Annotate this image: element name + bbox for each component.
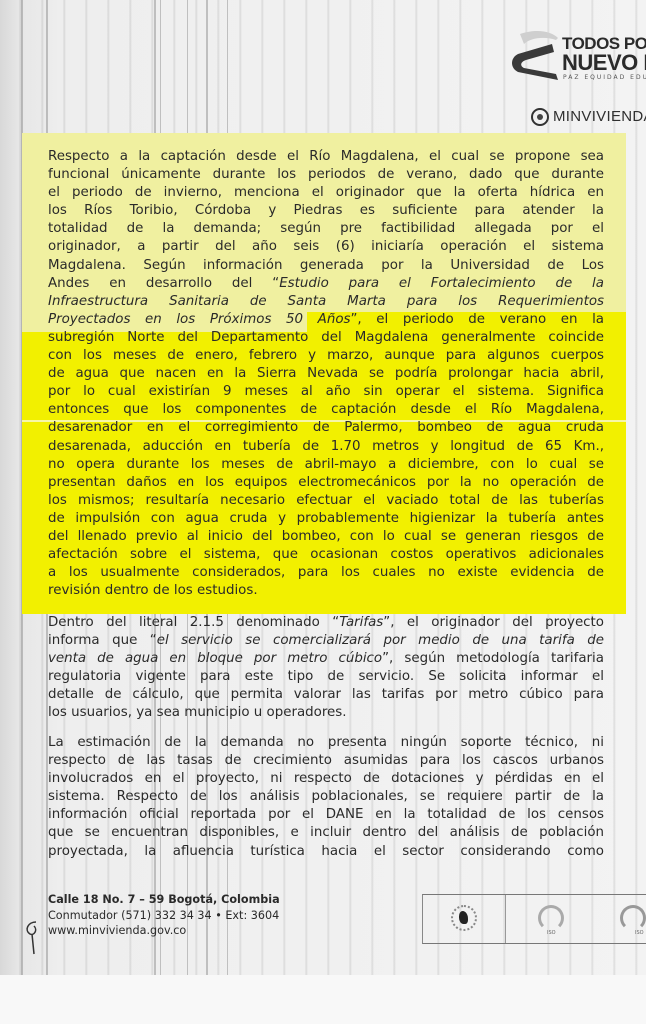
text-line: afectación sobre el sistema, que ocasion… [48, 546, 604, 564]
text-line: entonces que los componentes de captació… [48, 401, 604, 419]
text-line: involucrados en el proyecto, ni respecto… [48, 770, 604, 788]
text-line: información oficial reportada por el DAN… [48, 806, 604, 824]
text-line: informa que “el servicio se comercializa… [48, 632, 604, 650]
todos-por-un-nuevo-pais-logo: TODOS POR UN NUEVO PAÍS PAZ EQUIDAD EDUC… [508, 20, 646, 90]
text-line: los usuarios, ya sea municipio u operado… [48, 704, 604, 722]
text-line: con los meses de enero, febrero y marzo,… [48, 347, 604, 365]
paragraph-demanda: La estimación de la demanda no presenta … [48, 734, 604, 861]
quote-fragment: el servicio se comercializará por medio … [157, 633, 604, 648]
text-line: funcional únicamente durante los periodo… [48, 166, 604, 184]
footer-phone: Conmutador (571) 332 34 34 • Ext: 3604 [48, 908, 280, 924]
text-line: Proyectados en los Próximos 50 Años”, el… [48, 311, 604, 329]
text-line: que se encuentran disponibles, e incluir… [48, 824, 604, 842]
footer-address: Calle 18 No. 7 – 59 Bogotá, Colombia [48, 892, 280, 908]
text-line: Infraestructura Sanitaria de Santa Marta… [48, 293, 604, 311]
text-line: totalidad de la demanda; según pre facti… [48, 220, 604, 238]
iso-label: ISO [635, 930, 644, 936]
text-line: Dentro del literal 2.1.5 denominado “Tar… [48, 614, 604, 632]
text-line: presentan daños en los equipos electrome… [48, 474, 604, 492]
text-line: Magdalena. Según información generada po… [48, 257, 604, 275]
text-line: a los usualmente considerados, para los … [48, 564, 604, 582]
text-line: proyectada, la afluencia turística hacia… [48, 843, 604, 861]
coat-of-arms-icon [531, 108, 549, 126]
text-line: Andes en desarrollo del “Estudio para el… [48, 275, 604, 293]
text-line: originador, a partir del año seis (6) in… [48, 238, 604, 256]
iso-label: ISO [547, 930, 556, 936]
text-fragment: Andes en desarrollo del “ [48, 276, 279, 291]
iso-certification-icon [620, 905, 646, 931]
text-line: sistema. Respecto de los análisis poblac… [48, 788, 604, 806]
study-title-fragment: Infraestructura Sanitaria de Santa Marta… [48, 294, 604, 309]
study-title-fragment: Proyectados en los Próximos 50 Años [48, 312, 351, 327]
text-line: por lo cual existirían 9 meses al año si… [48, 383, 604, 401]
text-line: de agua que nacen en la Sierra Nevada se… [48, 365, 604, 383]
minvivienda-logo: MINVIVIENDA [531, 106, 646, 130]
text-line: regulatoria vigente para este tipo de se… [48, 668, 604, 686]
quote-fragment: venta de agua en bloque por metro cúbico [48, 651, 382, 666]
text-line: desarenada, aducción en tubería de 1.70 … [48, 438, 604, 456]
text-line: venta de agua en bloque por metro cúbico… [48, 650, 604, 668]
text-line: desarenador en el corregimiento de Paler… [48, 419, 604, 437]
text-line: los Ríos Toribio, Córdoba y Piedras es s… [48, 202, 604, 220]
paragraph-tarifas: Dentro del literal 2.1.5 denominado “Tar… [48, 614, 604, 723]
text-fragment: ”, según metodología tarifaria [382, 651, 604, 666]
logo-line-2: NUEVO PAÍS [562, 50, 646, 76]
text-line: revisión dentro de los estudios. [48, 582, 604, 600]
swoosh-icon [508, 28, 560, 86]
text-fragment: ”, el periodo de verano en la [351, 312, 605, 327]
text-fragment: informa que “ [48, 633, 157, 648]
text-fragment: Dentro del literal 2.1.5 denominado “ [48, 615, 339, 630]
page-margin [0, 975, 646, 1024]
scanned-page: TODOS POR UN NUEVO PAÍS PAZ EQUIDAD EDUC… [0, 0, 646, 975]
text-line: respecto de las tasas de crecimiento asu… [48, 752, 604, 770]
text-line: detalle de cálculo, que permita valorar … [48, 686, 604, 704]
badge-divider [505, 895, 506, 943]
text-line: subregión Norte del Departamento del Mag… [48, 329, 604, 347]
logo-tagline: PAZ EQUIDAD EDUCACIÓN [563, 74, 646, 81]
footer-contact: Calle 18 No. 7 – 59 Bogotá, Colombia Con… [48, 892, 280, 939]
colombia-map-badge-icon [451, 905, 477, 931]
text-fragment: ”, el originador del proyecto [383, 615, 604, 630]
tarifas-term: Tarifas [339, 615, 383, 630]
text-line: el periodo de invierno, menciona el orig… [48, 184, 604, 202]
iso-certification-icon [538, 905, 564, 931]
footer-website-link[interactable]: www.minvivienda.gov.co [48, 923, 280, 939]
paragraph-captacion: Respecto a la captación desde el Río Mag… [48, 148, 604, 600]
study-title-fragment: Estudio para el Fortalecimiento de la [279, 276, 604, 291]
handwritten-mark-icon [22, 918, 44, 958]
text-line: del llenado previo al inicio del bombeo,… [48, 528, 604, 546]
text-line: de impulsión con agua cruda y probableme… [48, 510, 604, 528]
certification-badges: ISO ISO [422, 894, 646, 944]
text-line: La estimación de la demanda no presenta … [48, 734, 604, 752]
text-line: Respecto a la captación desde el Río Mag… [48, 148, 604, 166]
text-line: los mismos; resultaría necesario efectua… [48, 492, 604, 510]
ministry-name: MINVIVIENDA [553, 108, 646, 125]
text-line: no opera durante los meses de abril-mayo… [48, 456, 604, 474]
